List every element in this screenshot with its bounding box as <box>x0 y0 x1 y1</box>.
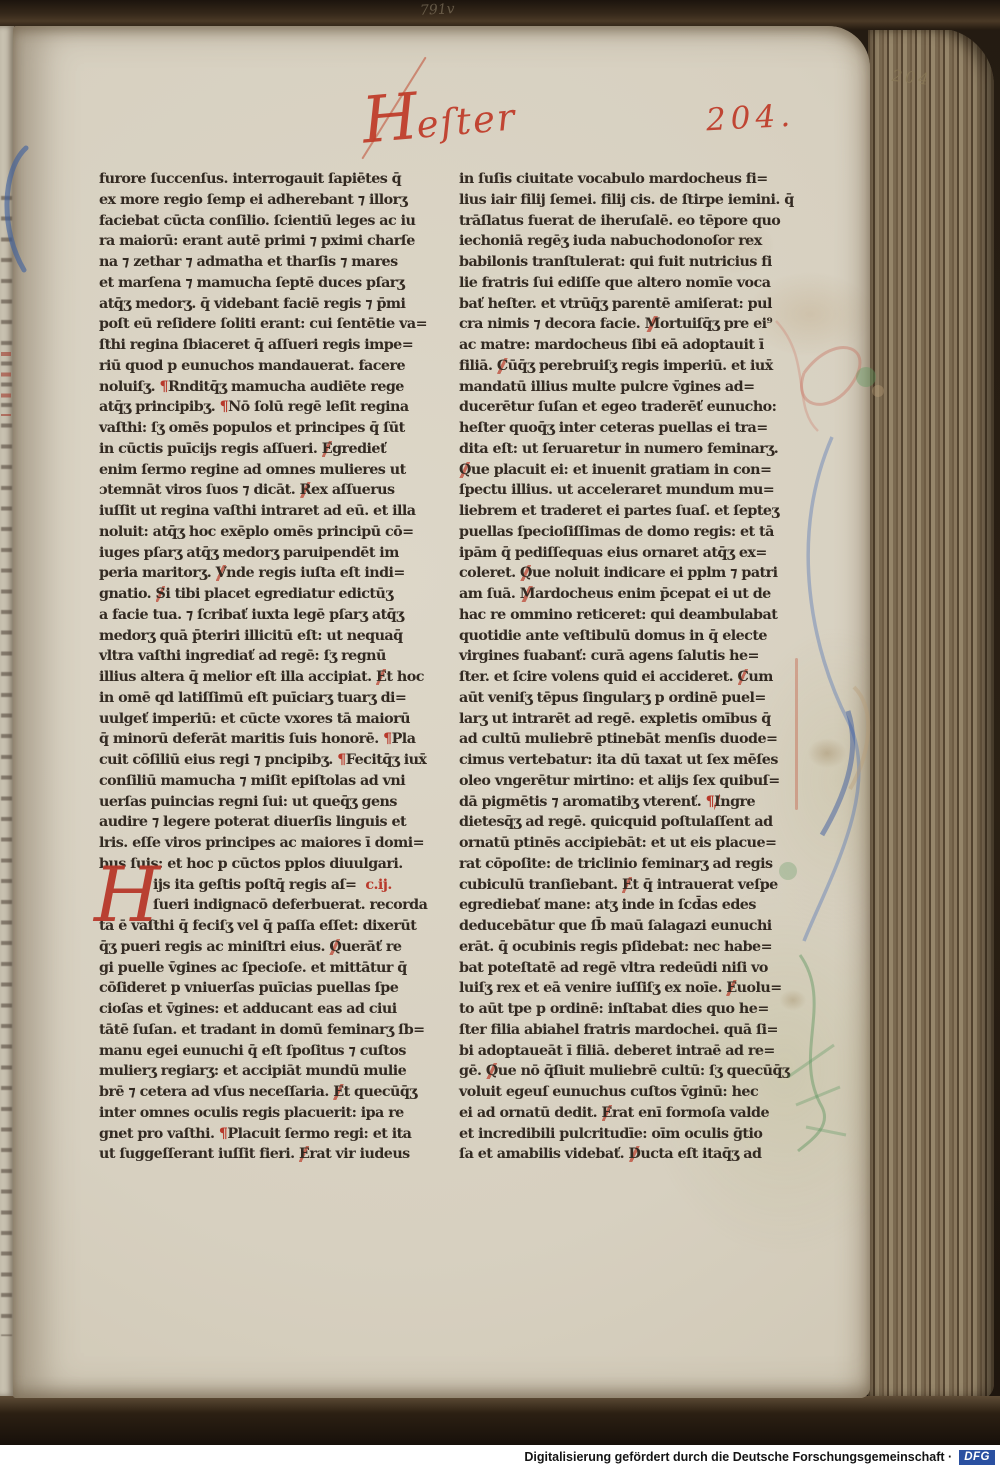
text-line: ra maiorū: erant autē primi ⁊ pximi char… <box>99 231 437 252</box>
text-line: faciebat cūcta conſilio. ſcientiū leges … <box>99 211 437 232</box>
background-bottom-edge <box>0 1396 1000 1445</box>
text-line: ut ſuggeſſerant iuſſit fieri. Erat vir i… <box>99 1144 437 1165</box>
text-line: riū quod p eunuchos mandauerat. facere <box>99 356 437 377</box>
text-column-left: furore ſuccenſus. interrogauit ſapiētes … <box>99 169 437 1165</box>
text-line: babilonis tranſtulerat: qui fuit nutrici… <box>459 252 805 273</box>
text-line: ipām q̄ pediſſequas eius ornaret atq̄ʒ e… <box>459 543 805 564</box>
text-line: enim ſermo regine ad omnes mulieres ut <box>99 460 437 481</box>
text-line: am ſuā. Mardocheus enim p̄cepat ei ut de <box>459 584 805 605</box>
text-line: puellas ſpecioſiſſimas de domo regis: et… <box>459 522 805 543</box>
text-line: in omē qd latiſſimū eſt puīciarʒ tuarʒ d… <box>99 688 437 709</box>
text-line: dā pigmētis ⁊ aromatibʒ vterenť. ¶Ingre <box>459 792 805 813</box>
text-line: liebrem et traderet ei partes ſuaſ. et ſ… <box>459 501 805 522</box>
text-line: filiā. Cūq̄ʒ perebruiſʒ regis imperiū. e… <box>459 356 805 377</box>
text-line: oleo vngerētur mirtino: et alijs ſex qui… <box>459 771 805 792</box>
text-line: medorʒ quā p̄teriri illicitū eſt: ut neq… <box>99 626 437 647</box>
text-line: egrediebať mane: atʒ inde in ſcd̄as edes <box>459 895 805 916</box>
text-line: gnatio. Si tibi placet egrediatur edictū… <box>99 584 437 605</box>
text-line: peria maritorʒ. Vnde regis iuſta eſt ind… <box>99 563 437 584</box>
digitization-credit-bar: Digitalisierung gefördert durch die Deut… <box>0 1445 1000 1469</box>
text-line: lie fratris ſui ediſſe que altero nomīe … <box>459 273 805 294</box>
text-line: ɔtemnāt viros ſuos ⁊ dicāt. Rex aſſuerus <box>99 480 437 501</box>
text-line: quotidie ante veſtibulū domus in q̄ elec… <box>459 626 805 647</box>
text-line: q̄ʒ pueri regis ac miniſtri eius. Querāť… <box>99 937 437 958</box>
text-line: atq̄ʒ medorʒ. q̄ videbant faciē regis ⁊ … <box>99 294 437 315</box>
text-line: cioſas et v̄gines: et adducant eas ad ci… <box>99 999 437 1020</box>
text-line: lius iair filij ſemei. filij cis. de ſti… <box>459 190 805 211</box>
text-line: cubiculū tranſiebant. Et q̄ intrauerat v… <box>459 875 805 896</box>
running-header: Heſter <box>359 71 519 158</box>
text-line: dita eſt: ut ſeruaretur in numero femina… <box>459 439 805 460</box>
text-line: inter omnes oculis regis placuerit: ipa … <box>99 1103 437 1124</box>
text-line: cōſideret p vniuerſas puīcias puellas ſp… <box>99 978 437 999</box>
text-line: ducerētur ſuſan et egeo traderēť eunucho… <box>459 397 805 418</box>
text-line: gi puelle v̄gines ac ſpecioſe. et mittāt… <box>99 958 437 979</box>
text-line: to aūt tpe p ordinē: inſtabat dies quo h… <box>459 999 805 1020</box>
text-line: et incredibili pulcritudīe: oīm oculis ḡ… <box>459 1124 805 1145</box>
text-line: iechoniā regēʒ iuda nabuchodonoſor rex <box>459 231 805 252</box>
text-line: iuſſit ut regina vaſthi intraret ad eū. … <box>99 501 437 522</box>
text-line: audire ⁊ legere poterat diuerſis linguis… <box>99 812 437 833</box>
text-line: cra nimis ⁊ decora facie. Mortuiſq̄ʒ pre… <box>459 314 805 335</box>
text-line: heſter quoq̄ʒ inter ceteras puellas ei t… <box>459 418 805 439</box>
gutter-blue-flourish <box>0 140 40 280</box>
text-line: et marſena ⁊ mamucha ſeptē duces pſarʒ <box>99 273 437 294</box>
text-line: manu egei eunuchi q̄ eſt ſpoſitus ⁊ cuſt… <box>99 1041 437 1062</box>
text-line: Que placuit ei: et inuenit gratiam in co… <box>459 460 805 481</box>
text-line: ex more regio ſemp ei adherebant ⁊ illor… <box>99 190 437 211</box>
text-line: uulgeť imperiū: et cūcte vxores tā maior… <box>99 709 437 730</box>
text-line: voluit egeuſ eunuchus cuſtos v̄ginū: hec <box>459 1082 805 1103</box>
text-line: bat poteſtatē ad regē vltra redeūdi niſi… <box>459 958 805 979</box>
text-line: trāſlatus fuerat de iheruſalē. eo tēpore… <box>459 211 805 232</box>
text-line: coleret. Que noluit indicare ei pplm ⁊ p… <box>459 563 805 584</box>
text-line: mandatū illius multe pulcre v̄gines ad= <box>459 377 805 398</box>
text-line: ei ad ornatū dedit. Erat enī formoſa val… <box>459 1103 805 1124</box>
text-line: ſter. et ſcire volens quid ei accideret.… <box>459 667 805 688</box>
text-line: iuges pſarʒ atq̄ʒ medorʒ paruipendēt im <box>99 543 437 564</box>
rubricated-initial: H <box>94 864 160 926</box>
text-line: a facie tua. ⁊ ſcribať iuxta legē pſarʒ … <box>99 605 437 626</box>
text-line: tātē ſuſan. et tradant in domū feminarʒ … <box>99 1020 437 1041</box>
text-line: erāt. q̄ ocubinis regis pſidebat: nec ha… <box>459 937 805 958</box>
text-line: in ſuſis ciuitate vocabulo mardocheus fi… <box>459 169 805 190</box>
text-line: ſter filia abiahel fratris mardochei. qu… <box>459 1020 805 1041</box>
text-line: luiſʒ rex et eā venire iuſſiſʒ ex noīe. … <box>459 978 805 999</box>
red-margin-bracket <box>795 658 798 810</box>
book-fore-edge <box>868 28 994 1400</box>
text-line: noluit: atq̄ʒ hoc exēplo omēs principū c… <box>99 522 437 543</box>
text-line: atq̄ʒ principibʒ. ¶Nō ſolū regē leſit re… <box>99 397 437 418</box>
text-line: ſa et amabilis videbať. Ducta eſt itaq̄ʒ… <box>459 1144 805 1165</box>
text-line: poſt eū reſidere ſoliti erant: cui ſentē… <box>99 314 437 335</box>
text-line: brē ⁊ cetera ad vſus neceſſaria. Et quec… <box>99 1082 437 1103</box>
text-line: uerſas puincias regni ſui: ut queq̄ʒ gen… <box>99 792 437 813</box>
facing-page-red-fragments <box>1 352 11 416</box>
text-line: larʒ ut intrarēt ad regē. expletis omību… <box>459 709 805 730</box>
text-line: conſiliū mamucha ⁊ miſit epiſtolas ad vn… <box>99 771 437 792</box>
text-line: gē. Que nō q̄ſiuit muliebrē cultū: ſʒ qu… <box>459 1061 805 1082</box>
credit-text: Digitalisierung gefördert durch die Deut… <box>524 1450 952 1464</box>
folio-number-handwritten: 204 <box>891 66 932 89</box>
text-line: ac matre: mardocheus ſibi eā adoptauit ī <box>459 335 805 356</box>
text-line: vaſthi: ſʒ omēs populos et principes q̄ … <box>99 418 437 439</box>
text-line: ad cultū muliebrē ptinebāt menſis duode= <box>459 729 805 750</box>
text-line: bať heſter. et vtrūq̄ʒ parentē amiſerat:… <box>459 294 805 315</box>
text-line: aūt veniſʒ tēpus ſingularʒ p ordinē puel… <box>459 688 805 709</box>
top-edge-shelfmark: 791v <box>420 1 455 19</box>
text-column-right: in ſuſis ciuitate vocabulo mardocheus fi… <box>459 169 805 1165</box>
text-line: noluiſʒ. ¶Rnditq̄ʒ mamucha audiēte rege <box>99 377 437 398</box>
text-line: na ⁊ zethar ⁊ admatha et tharſis ⁊ mares <box>99 252 437 273</box>
text-line: hac re ommino reticeret: qui deambulabat <box>459 605 805 626</box>
text-line: in cūctis puīcijs regis aſſueri. Egredie… <box>99 439 437 460</box>
folio-number-red: 204. <box>705 98 796 139</box>
text-line: ſthi regina ſbiaceret q̄ aſſueri regis i… <box>99 335 437 356</box>
dfg-logo: DFG <box>959 1450 995 1465</box>
text-line: ornatū ptinēs accipiebāt: et ut eis plac… <box>459 833 805 854</box>
text-line: mulierʒ regiarʒ: et accipiāt mundū mulie <box>99 1061 437 1082</box>
text-line: cuit cōſiliū eius regi ⁊ pncipibʒ. ¶Feci… <box>99 750 437 771</box>
text-line: q̄ minorū deferāt maritis ſuis honorē. ¶… <box>99 729 437 750</box>
text-line: vltra vaſthi ingrediať ad regē: ſʒ regnū <box>99 646 437 667</box>
text-line: gnet pro vaſthi. ¶Placuit ſermo regi: et… <box>99 1124 437 1145</box>
manuscript-scan: Heſter 204. 204 791v furore ſuccenſus. i… <box>0 0 1000 1469</box>
text-line: ſpectu illius. ut acceleraret mundum mu= <box>459 480 805 501</box>
text-line: deducebātur que ſb̄ maū ſalagazi eunuchi <box>459 916 805 937</box>
text-line: rat cōpoſite: de triclinio feminarʒ ad r… <box>459 854 805 875</box>
text-line: bi adoptaueāt ī filiā. deberet intraē ad… <box>459 1041 805 1062</box>
text-line: cimus vertebatur: ita dū taxat ut ſex mē… <box>459 750 805 771</box>
text-line: furore ſuccenſus. interrogauit ſapiētes … <box>99 169 437 190</box>
text-line: virgines fuabanť: curā agens ſalutis he= <box>459 646 805 667</box>
text-line: illius altera q̄ melior eſt illa accipia… <box>99 667 437 688</box>
text-line: dietesq̄ʒ ad regē. quicquid poſtulaſſent… <box>459 812 805 833</box>
